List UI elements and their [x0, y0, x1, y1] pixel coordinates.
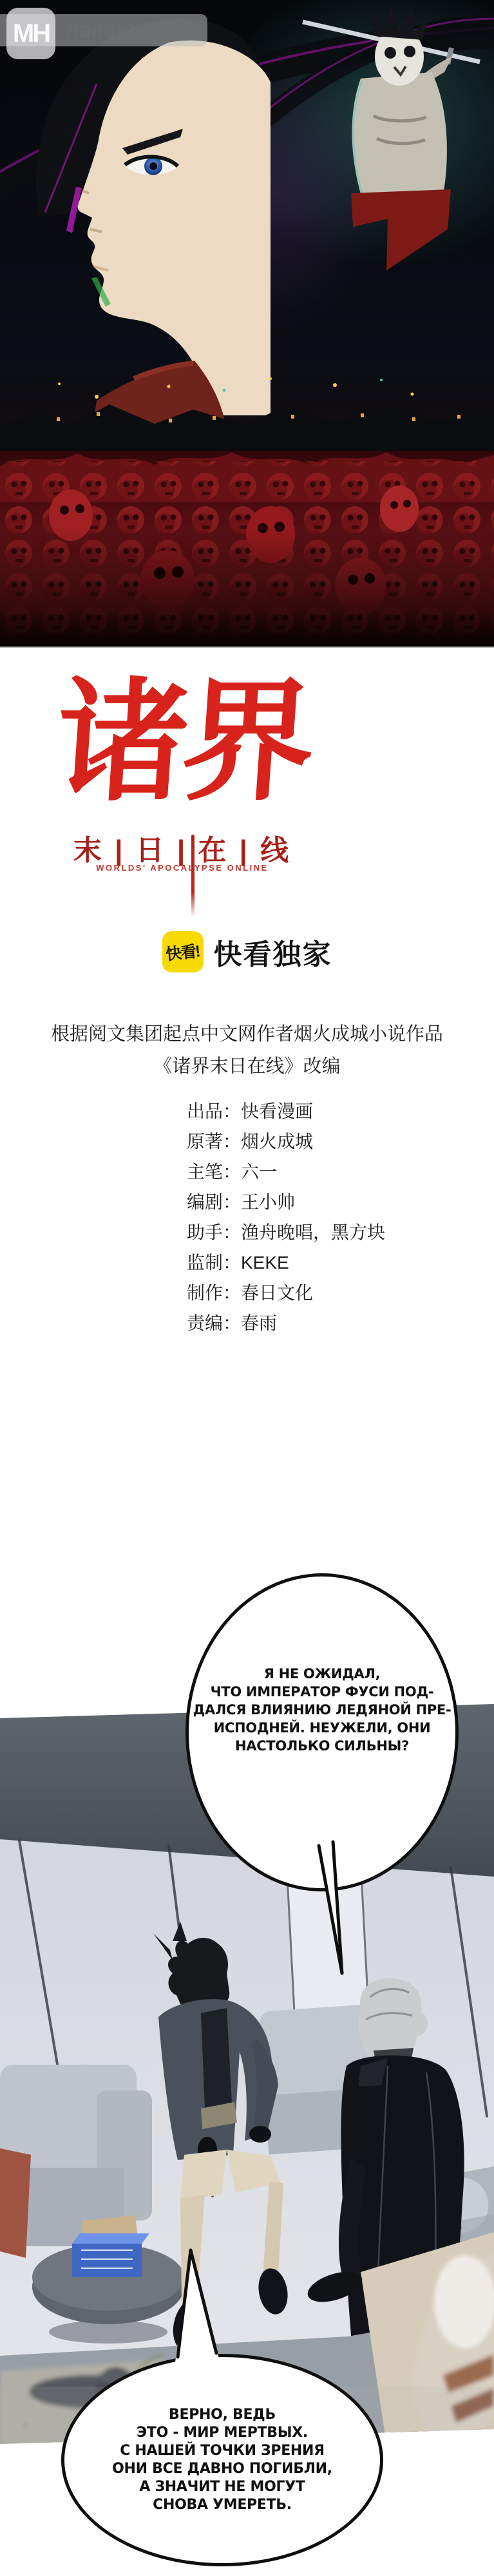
credit-row: 主笔：六一 — [187, 1157, 457, 1187]
blue-book — [72, 2244, 142, 2277]
watermark-site-text: Mangahub.cc — [67, 19, 202, 42]
comic-page[interactable]: MH Mangahub.cc 诸界 末 | 日 | 在 | 线 WORLDS' … — [0, 0, 494, 2576]
speech-line: С НАШЕЙ ТОЧКИ ЗРЕНИЯ — [120, 2442, 325, 2460]
speech-bubble-2: ВЕРНО, ВЕДЬ ЭТО - МИР МЕРТВЫХ. С НАШЕЙ Т… — [61, 2354, 383, 2566]
glove — [249, 2126, 271, 2143]
rust-cushion — [0, 2148, 31, 2258]
speech-line: ДАЛСЯ ВЛИЯНИЮ ЛЕДЯНОЙ ПРЕ- — [193, 1701, 451, 1719]
adaptation-note-line1: 根据阅文集团起点中文网作者烟火成城小说作品 — [0, 1019, 494, 1046]
exclusive-badge-row: 快看! 快看独家 — [0, 931, 494, 972]
speech-line: А ЗНАЧИТ НЕ МОГУТ — [139, 2478, 305, 2496]
speech-line: НАСТОЛЬКО СИЛЬНЫ? — [235, 1737, 409, 1755]
speech-line: СНОВА УМЕРЕТЬ. — [153, 2496, 292, 2514]
speech-line: ИСПОДНЕЙ. НЕУЖЕЛИ, ОНИ — [214, 1719, 431, 1737]
crowd-of-undead — [0, 451, 494, 647]
credit-row: 监制：KEKE — [187, 1247, 457, 1278]
cover-art-illustration — [0, 0, 494, 647]
blood-drip-decoration — [191, 835, 195, 917]
speech-line: ЭТО - МИР МЕРТВЫХ. — [137, 2424, 308, 2442]
credit-row: 出品：快看漫画 — [187, 1096, 457, 1126]
series-logo-english: WORLDS' APOCALYPSE ONLINE — [0, 863, 365, 873]
credit-row: 助手：渔舟晚唱，黑方块 — [187, 1217, 457, 1247]
cover-art: MH Mangahub.cc — [0, 0, 494, 648]
speech-line: ЧТО ИМПЕРАТОР ФУСИ ПОД- — [211, 1683, 434, 1701]
adaptation-note-line2: 《诸界末日在线》改编 — [0, 1052, 494, 1078]
speech-bubble-1: Я НЕ ОЖИДАЛ, ЧТО ИМПЕРАТОР ФУСИ ПОД- ДАЛ… — [185, 1573, 459, 1891]
credit-row: 原著：烟火成城 — [187, 1126, 457, 1157]
watermark-logo: MH — [6, 8, 55, 59]
black-tee — [201, 2008, 232, 2110]
series-logo-subtitle: 末 | 日 | 在 | 线 — [0, 827, 365, 868]
speech-line: Я НЕ ОЖИДАЛ, — [264, 1665, 381, 1683]
watermark-mh-text: MH — [13, 19, 49, 48]
speech-line: ВЕРНО, ВЕДЬ — [169, 2406, 276, 2424]
credit-row: 编剧：王小帅 — [187, 1187, 457, 1217]
credits-list: 出品：快看漫画 原著：烟火成城 主笔：六一 编剧：王小帅 助手：渔舟晚唱，黑方块… — [187, 1096, 457, 1338]
kuaikan-logo-icon: 快看! — [162, 931, 204, 972]
series-logo-main: 诸界 — [0, 656, 370, 829]
credit-row: 责编：春雨 — [187, 1308, 457, 1338]
kuaikan-logo-text: 快看! — [165, 938, 201, 965]
speech-line: ОНИ ВСЕ ДАВНО ПОГИБЛИ, — [112, 2460, 332, 2478]
credit-row: 制作：春日文化 — [187, 1278, 457, 1308]
exclusive-label: 快看独家 — [214, 931, 332, 972]
